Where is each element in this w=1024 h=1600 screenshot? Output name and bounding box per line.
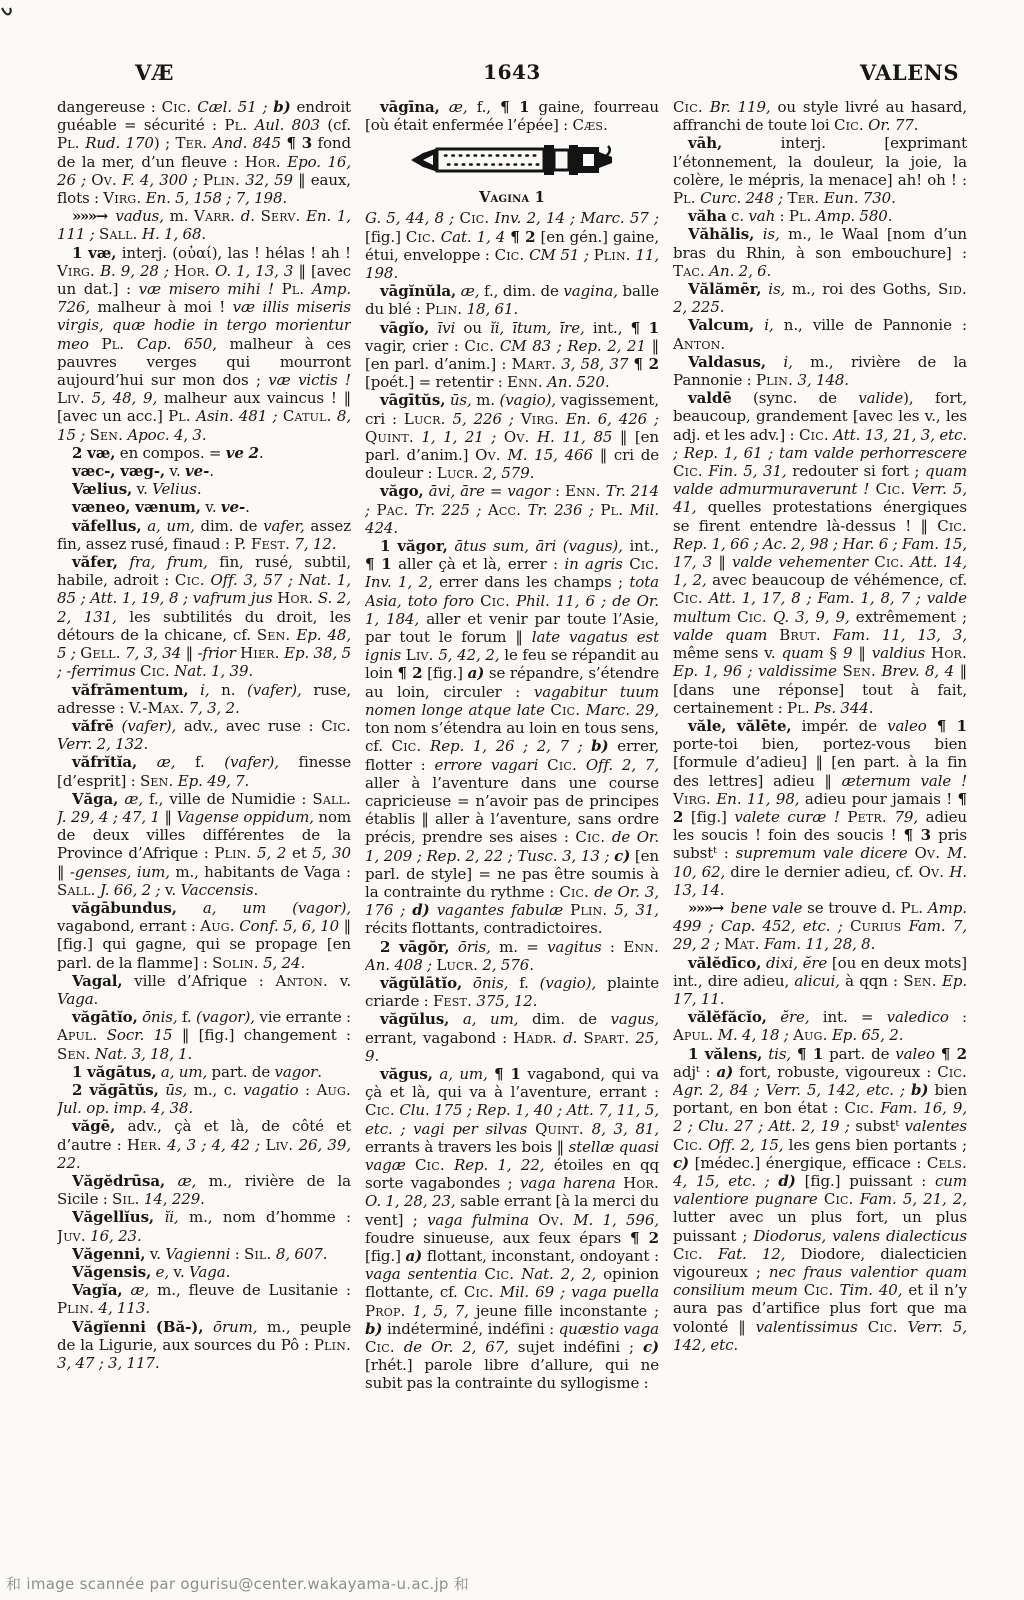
scan-ink-artifact: [0, 4, 20, 22]
dictionary-entry: văgŭlus, a, um, dim. de vagus, errant, v…: [365, 1010, 659, 1065]
dictionary-entry: dangereuse : Cic. Cæl. 51 ; b) endroit g…: [57, 98, 351, 207]
dictionary-entry: văfer, fra, frum, fin, rusé, subtil, hab…: [57, 553, 351, 680]
dictionary-entry: vāgīna, æ, f., ¶ 1 gaine, fourreau [où é…: [365, 98, 659, 134]
dictionary-entry: văgus, a, um, ¶ 1 vagabond, qui va çà et…: [365, 1065, 659, 1393]
dictionary-entry: vălĕfăcĭo, ĕre, int. = valedico : Apul. …: [673, 1008, 967, 1044]
dictionary-entry: Văgensis, e, v. Vaga.: [57, 1263, 351, 1281]
dictionary-entry: vălĕdīco, dixi, ĕre [ou en deux mots] in…: [673, 954, 967, 1009]
dictionary-entry: văgŭlātĭo, ōnis, f. (vagio), plainte cri…: [365, 974, 659, 1010]
text-columns: dangereuse : Cic. Cæl. 51 ; b) endroit g…: [57, 98, 967, 1546]
header-left-keyword: VÆ: [135, 60, 174, 85]
dictionary-entry: 2 vāgŏr, ōris, m. = vagitus : Enn. An. 4…: [365, 938, 659, 974]
dictionary-entry: Vagĭa, æ, m., fleuve de Lusitanie : Plin…: [57, 1281, 351, 1317]
dictionary-entry: Valdasus, i, m., rivière de la Pannonie …: [673, 353, 967, 389]
dictionary-entry: 1 văgor, ātus sum, āri (vagus), int., ¶ …: [365, 537, 659, 937]
dictionary-page: VÆ 1643 VALENS dangereuse : Cic. Cæl. 51…: [0, 0, 1024, 1600]
dictionary-entry: »»»→ vadus, m. Varr. d. Serv. En. 1, 111…: [57, 207, 351, 243]
dictionary-entry: vāgĭnŭla, æ, f., dim. de vagina, balle d…: [365, 282, 659, 318]
scabbard-illustration: [408, 139, 616, 181]
dictionary-entry: 1 văgātus, a, um, part. de vagor.: [57, 1063, 351, 1081]
vagina-figure: Vagina 1: [365, 139, 659, 206]
dictionary-entry: Cic. Br. 119, ou style livré au hasard, …: [673, 98, 967, 134]
dictionary-entry: văgo, āvi, āre = vagor : Enn. Tr. 214 ; …: [365, 482, 659, 537]
dictionary-entry: Vagal, ville d’Afrique : Anton. v. Vaga.: [57, 972, 351, 1008]
dictionary-entry: văfellus, a, um, dim. de vafer, assez fi…: [57, 517, 351, 553]
header-right-keyword: VALENS: [860, 60, 959, 85]
dictionary-entry: văgē, adv., çà et là, de côté et d’autre…: [57, 1117, 351, 1172]
dictionary-entry: vāgĭo, īvi ou ĭi, ītum, īre, int., ¶ 1 v…: [365, 319, 659, 392]
scan-credit: 和 image scannée par ogurisu@center.wakay…: [6, 1573, 469, 1594]
dictionary-entry: Valcum, i, n., ville de Pannonie : Anton…: [673, 316, 967, 352]
dictionary-entry: Văhălis, is, m., le Waal [nom d’un bras …: [673, 225, 967, 280]
dictionary-entry: »»»→ bene vale se trouve d. Pl. Amp. 499…: [673, 899, 967, 954]
figure-caption: Vagina 1: [365, 189, 659, 206]
dictionary-entry: Văgellĭus, ĭi, m., nom d’homme : Juv. 16…: [57, 1208, 351, 1244]
dictionary-entry: valdē (sync. de valide), fort, beaucoup,…: [673, 389, 967, 717]
dictionary-entry: 1 vălens, tis, ¶ 1 part. de valeo ¶ 2 ad…: [673, 1045, 967, 1354]
page-number: 1643: [483, 60, 541, 85]
dictionary-entry: văfrāmentum, i, n. (vafer), ruse, adress…: [57, 681, 351, 717]
page-header: VÆ 1643 VALENS: [57, 60, 967, 85]
dictionary-entry: Vălămēr, is, m., roi des Goths, Sid. 2, …: [673, 280, 967, 316]
dictionary-entry: Văgenni, v. Vagienni : Sil. 8, 607.: [57, 1245, 351, 1263]
dictionary-entry: væc-, væg-, v. ve-.: [57, 462, 351, 480]
dictionary-entry: văgātĭo, ōnis, f. (vagor), vie errante :…: [57, 1008, 351, 1063]
dictionary-entry: 2 văgātŭs, ūs, m., c. vagatio : Aug. Jul…: [57, 1081, 351, 1117]
dictionary-entry: Văgĕdrūsa, æ, m., rivière de la Sicile :…: [57, 1172, 351, 1208]
dictionary-entry: 2 væ, en compos. = ve 2.: [57, 444, 351, 462]
dictionary-entry: văfrē (vafer), adv., avec ruse : Cic. Ve…: [57, 717, 351, 753]
dictionary-entry: Vælius, v. Velius.: [57, 480, 351, 498]
column-right: Cic. Br. 119, ou style livré au hasard, …: [673, 98, 967, 1546]
column-left: dangereuse : Cic. Cæl. 51 ; b) endroit g…: [57, 98, 351, 1546]
dictionary-entry: văfrĭtĭa, æ, f. (vafer), finesse [d’espr…: [57, 753, 351, 789]
dictionary-entry: văgābundus, a, um (vagor), vagabond, err…: [57, 899, 351, 972]
dictionary-entry: vāgītŭs, ūs, m. (vagio), vagissement, cr…: [365, 391, 659, 482]
dictionary-entry: văle, vălēte, impér. de valeo ¶ 1 porte-…: [673, 717, 967, 899]
dictionary-entry: Văgĭenni (Bă-), ōrum, m., peuple de la L…: [57, 1318, 351, 1373]
dictionary-entry: Văga, æ, f., ville de Numidie : Sall. J.…: [57, 790, 351, 899]
dictionary-entry: 1 væ, interj. (οὐαί), las ! hélas ! ah !…: [57, 244, 351, 444]
dictionary-entry: văha c. vah : Pl. Amp. 580.: [673, 207, 967, 225]
dictionary-entry: vāh, interj. [exprimant l’étonnement, la…: [673, 134, 967, 207]
dictionary-entry: væneo, vænum, v. ve-.: [57, 498, 351, 516]
column-center: vāgīna, æ, f., ¶ 1 gaine, fourreau [où é…: [365, 98, 659, 1546]
dictionary-entry: G. 5, 44, 8 ; Cic. Inv. 2, 14 ; Marc. 57…: [365, 209, 659, 282]
